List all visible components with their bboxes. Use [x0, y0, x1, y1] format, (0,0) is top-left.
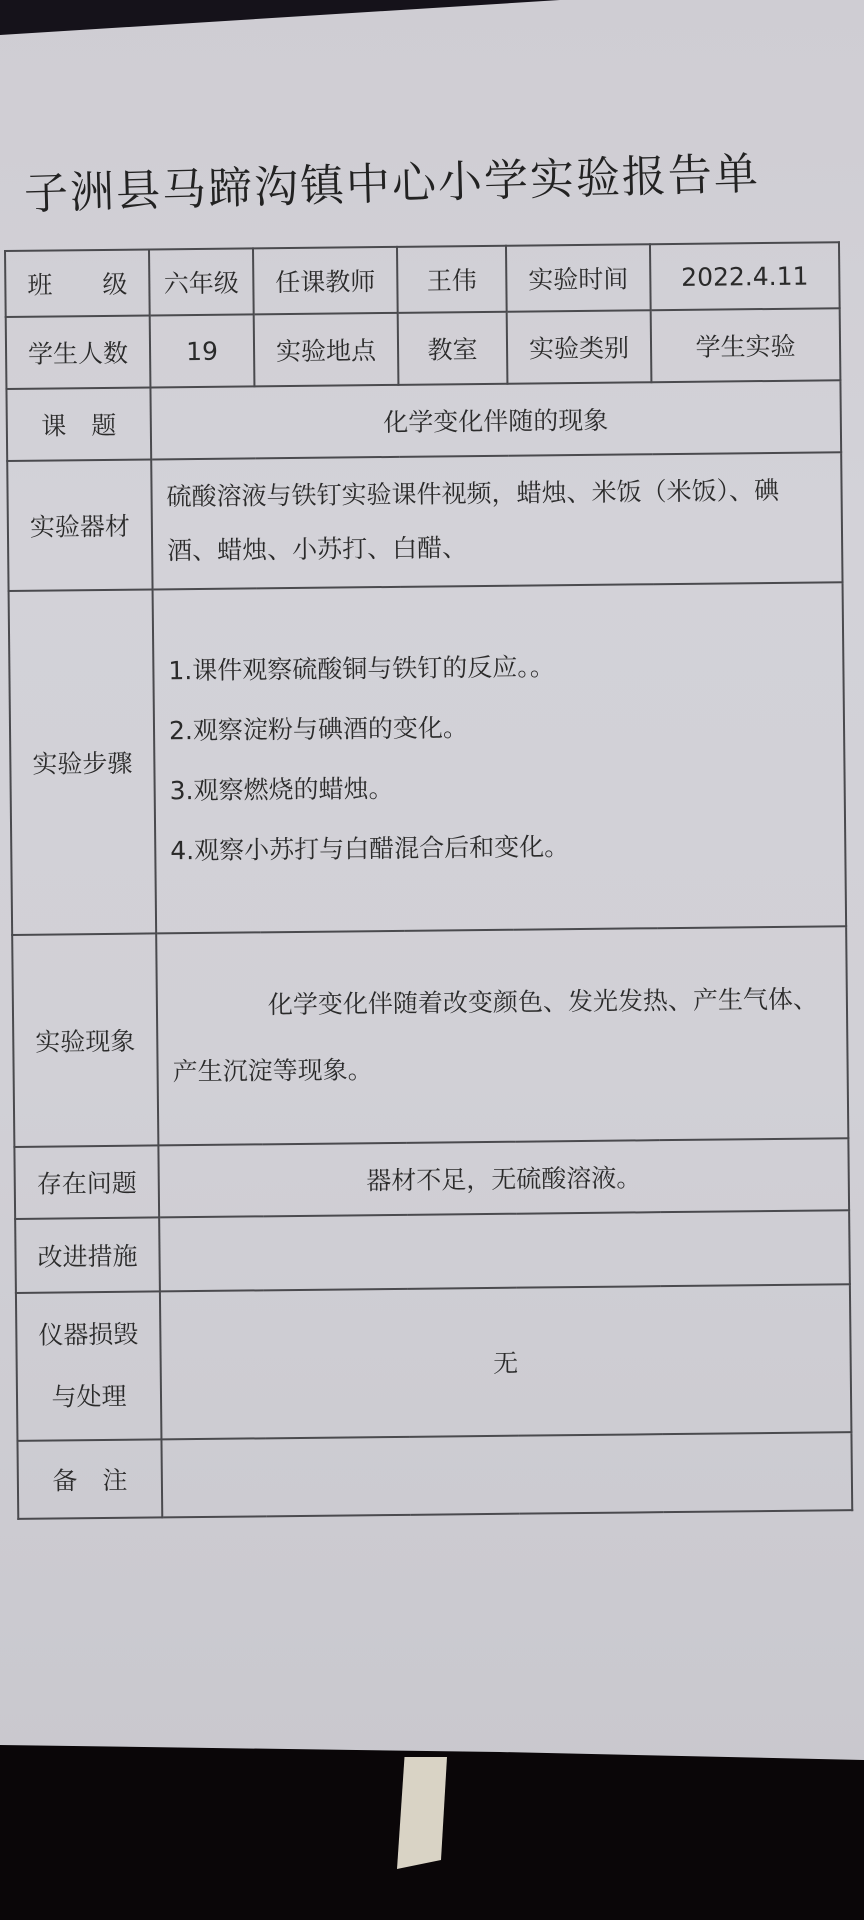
equipment-label: 实验器材: [7, 459, 152, 591]
steps-list: 1.课件观察硫酸铜与铁钉的反应。。 2.观察淀粉与碘酒的变化。 3.观察燃烧的蜡…: [168, 634, 830, 881]
equipment-value: 硫酸溶液与铁钉实验课件视频，蜡烛、米饭（米饭）、碘酒、蜡烛、小苏打、白醋、: [151, 452, 842, 589]
class-label: 班 级: [5, 249, 150, 317]
student-count-label: 学生人数: [6, 315, 151, 389]
date-label: 实验时间: [506, 244, 651, 312]
problems-label: 存在问题: [14, 1145, 159, 1219]
step-item: 3.观察燃烧的蜡烛。: [169, 754, 830, 821]
teacher-label: 任课教师: [253, 247, 398, 315]
category-label: 实验类别: [507, 310, 652, 384]
teacher-value: 王伟: [397, 246, 507, 313]
location-label: 实验地点: [254, 313, 399, 387]
location-value: 教室: [398, 312, 508, 385]
report-paper: 子洲县马蹄沟镇中心小学实验报告单 班 级 六年级 任课教师 王伟 实验时间 20…: [0, 0, 864, 1780]
step-item: 4.观察小苏打与白醋混合后和变化。: [170, 814, 831, 881]
problems-value: 器材不足，无硫酸溶液。: [158, 1138, 849, 1217]
problems-row: 存在问题 器材不足，无硫酸溶液。: [14, 1138, 849, 1219]
topic-label: 课 题: [6, 387, 151, 461]
damage-label-line-1: 仪器损毁: [23, 1303, 154, 1366]
header-row-1: 班 级 六年级 任课教师 王伟 实验时间 2022.4.11: [5, 242, 840, 317]
phenomenon-label: 实验现象: [12, 933, 158, 1146]
tape-strip: [397, 1757, 447, 1869]
remarks-label: 备 注: [17, 1439, 162, 1519]
header-row-2: 学生人数 19 实验地点 教室 实验类别 学生实验: [6, 308, 841, 389]
step-item: 1.课件观察硫酸铜与铁钉的反应。。: [168, 634, 829, 701]
damage-value: 无: [160, 1284, 852, 1439]
document-title: 子洲县马蹄沟镇中心小学实验报告单: [23, 137, 761, 222]
phenomenon-row: 实验现象 化学变化伴随着改变颜色、发光发热、产生气体、产生沉淀等现象。: [12, 926, 848, 1147]
topic-value: 化学变化伴随的现象: [150, 380, 841, 459]
damage-label: 仪器损毁 与处理: [16, 1291, 162, 1440]
damage-row: 仪器损毁 与处理 无: [16, 1284, 852, 1441]
student-count-value: 19: [150, 314, 255, 387]
topic-row: 课 题 化学变化伴随的现象: [6, 380, 841, 461]
improvements-label: 改进措施: [15, 1217, 160, 1293]
step-item: 2.观察淀粉与碘酒的变化。: [169, 694, 830, 761]
equipment-row: 实验器材 硫酸溶液与铁钉实验课件视频，蜡烛、米饭（米饭）、碘酒、蜡烛、小苏打、白…: [7, 452, 842, 591]
damage-label-line-2: 与处理: [24, 1365, 155, 1428]
report-form-table: 班 级 六年级 任课教师 王伟 实验时间 2022.4.11 学生人数 19 实…: [4, 241, 853, 1520]
category-value: 学生实验: [651, 308, 841, 382]
improvements-row: 改进措施: [15, 1210, 850, 1293]
improvements-value: [159, 1210, 850, 1291]
phenomenon-value: 化学变化伴随着改变颜色、发光发热、产生气体、产生沉淀等现象。: [156, 926, 848, 1145]
date-value: 2022.4.11: [650, 242, 840, 310]
remarks-value: [161, 1432, 852, 1517]
remarks-row: 备 注: [17, 1432, 852, 1519]
steps-label: 实验步骤: [9, 589, 157, 934]
steps-cell: 1.课件观察硫酸铜与铁钉的反应。。 2.观察淀粉与碘酒的变化。 3.观察燃烧的蜡…: [153, 582, 847, 933]
steps-row: 实验步骤 1.课件观察硫酸铜与铁钉的反应。。 2.观察淀粉与碘酒的变化。 3.观…: [9, 582, 847, 935]
class-value: 六年级: [149, 248, 254, 315]
